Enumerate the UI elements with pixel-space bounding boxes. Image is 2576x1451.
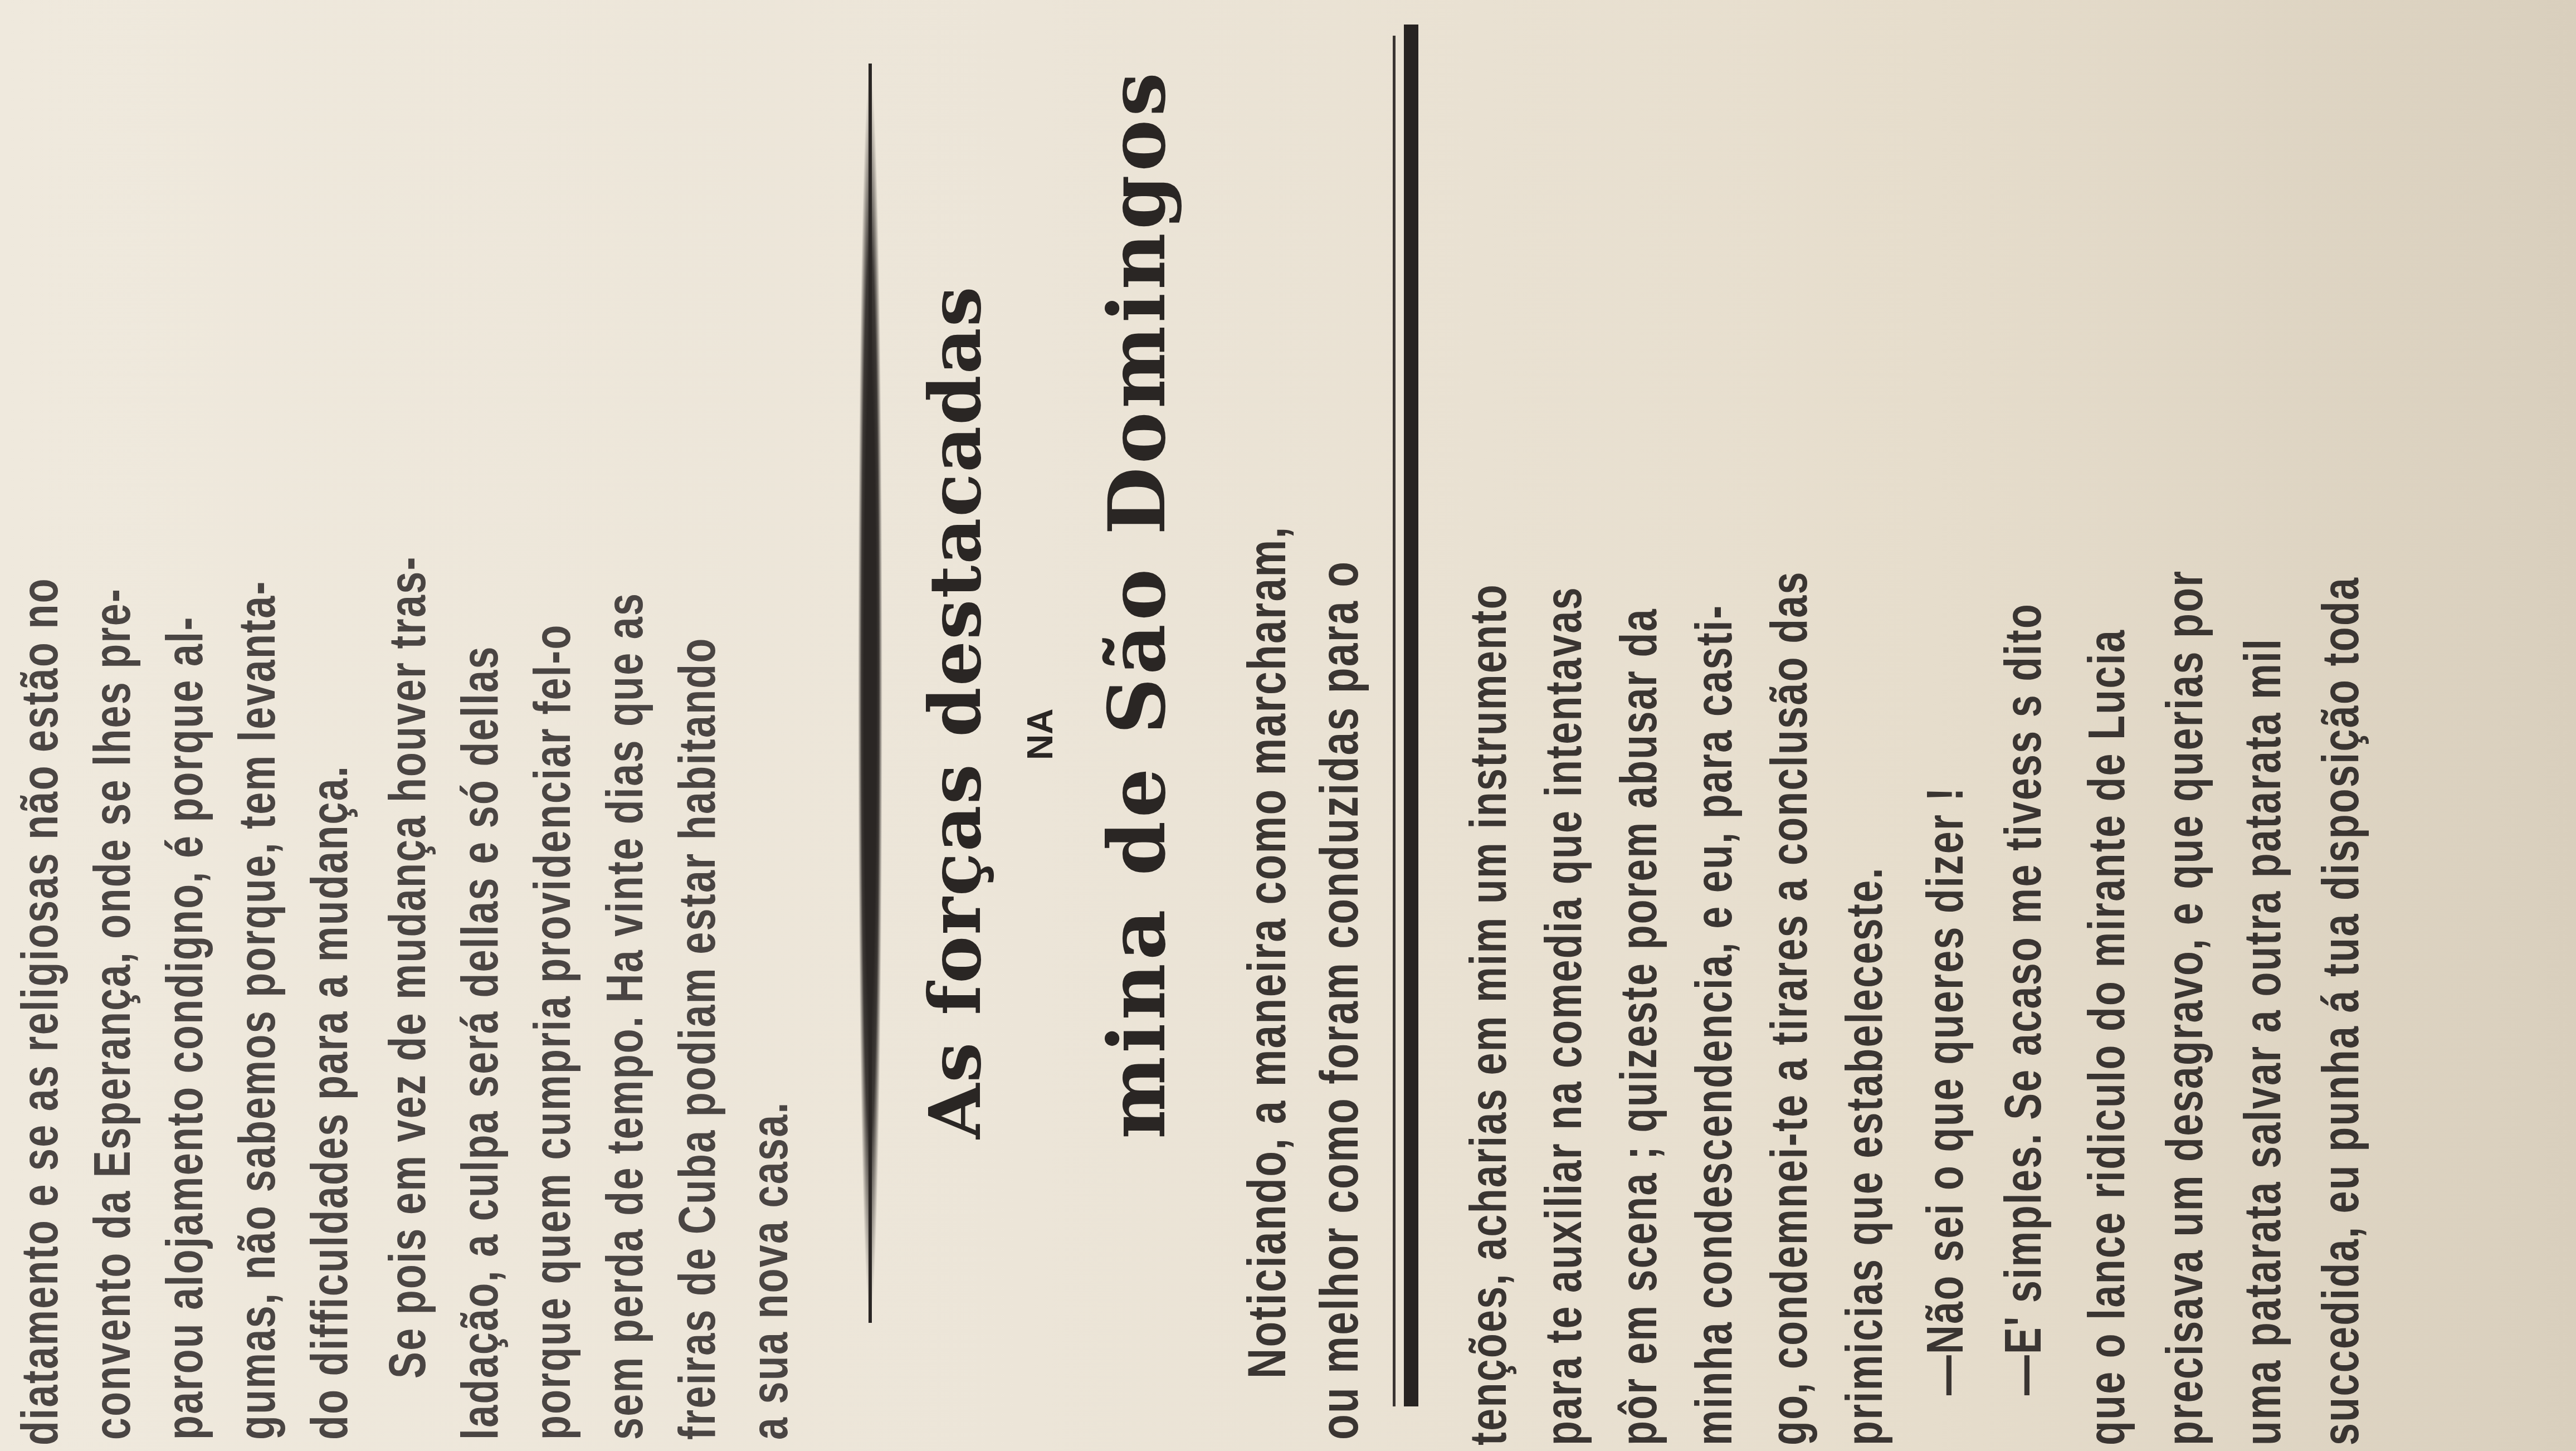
text-line: que o lance ridiculo do mirante de Lucia	[2078, 629, 2136, 1445]
article-subtitle: mina de São Domingos	[1092, 69, 1183, 1139]
text-line: do difficuldades para a mudança.	[301, 765, 359, 1440]
text-line: ou melhor como foram conduzidas para o	[1309, 561, 1370, 1440]
dialogue-line: —Não sei o que queres dizer !	[1916, 786, 1975, 1395]
text-line: convento da Esperança, onde se lhes pre-	[84, 588, 142, 1440]
column-rule-thick	[1404, 25, 1418, 1406]
article-title: As forças destacadas	[914, 285, 997, 1139]
ornamental-divider	[858, 64, 882, 1323]
text-line: sem perda de tempo. Ha vinte dias que as	[596, 592, 655, 1440]
text-line: go, condemnei-te a tirares a conclusão d…	[1760, 571, 1819, 1445]
text-line: minha condescendencia, e eu, para casti-	[1685, 605, 1744, 1445]
text-line: diatamento e se as religiosas não estão …	[11, 577, 70, 1445]
text-line: a sua nova casa.	[741, 1101, 799, 1440]
article-title-connector: NA	[1019, 709, 1061, 760]
text-line: pôr em scena ; quizeste porem abusar da	[1610, 608, 1668, 1445]
text-line: para te auxiliar na comedia que intentav…	[1535, 586, 1593, 1445]
text-line: porque quem cumpria providenciar fel-o	[524, 624, 582, 1440]
text-line: parou alojamento condigno, é porque al-	[156, 616, 214, 1440]
text-line: gumas, não sabemos porque, tem levanta-	[228, 580, 287, 1440]
text-line: Noticiando, a maneira como marcharam,	[1237, 525, 1298, 1379]
newspaper-page: diatamento e se as religiosas não estão …	[0, 0, 2576, 1451]
text-line: primicias que estabeleceste.	[1836, 866, 1894, 1445]
text-line: uma patarata salvar a outra patarata mil	[2234, 637, 2292, 1445]
text-line: ladação, a culpa será dellas e só dellas	[451, 645, 510, 1440]
column-rule-thin	[1393, 36, 1396, 1406]
text-line: succedida, eu punha á tua disposição tod…	[2312, 577, 2370, 1445]
dialogue-line: —E' simples. Se acaso me tivess s dito	[1994, 603, 2053, 1395]
text-line: freiras de Cuba podiam estar habitando	[669, 637, 727, 1440]
text-line: tenções, acharias em mim um instrumento	[1460, 583, 1518, 1445]
text-line: precisava um desagravo, e que querias po…	[2156, 569, 2214, 1445]
text-line: Se pois em vez de mudança houver tras-	[379, 556, 437, 1379]
